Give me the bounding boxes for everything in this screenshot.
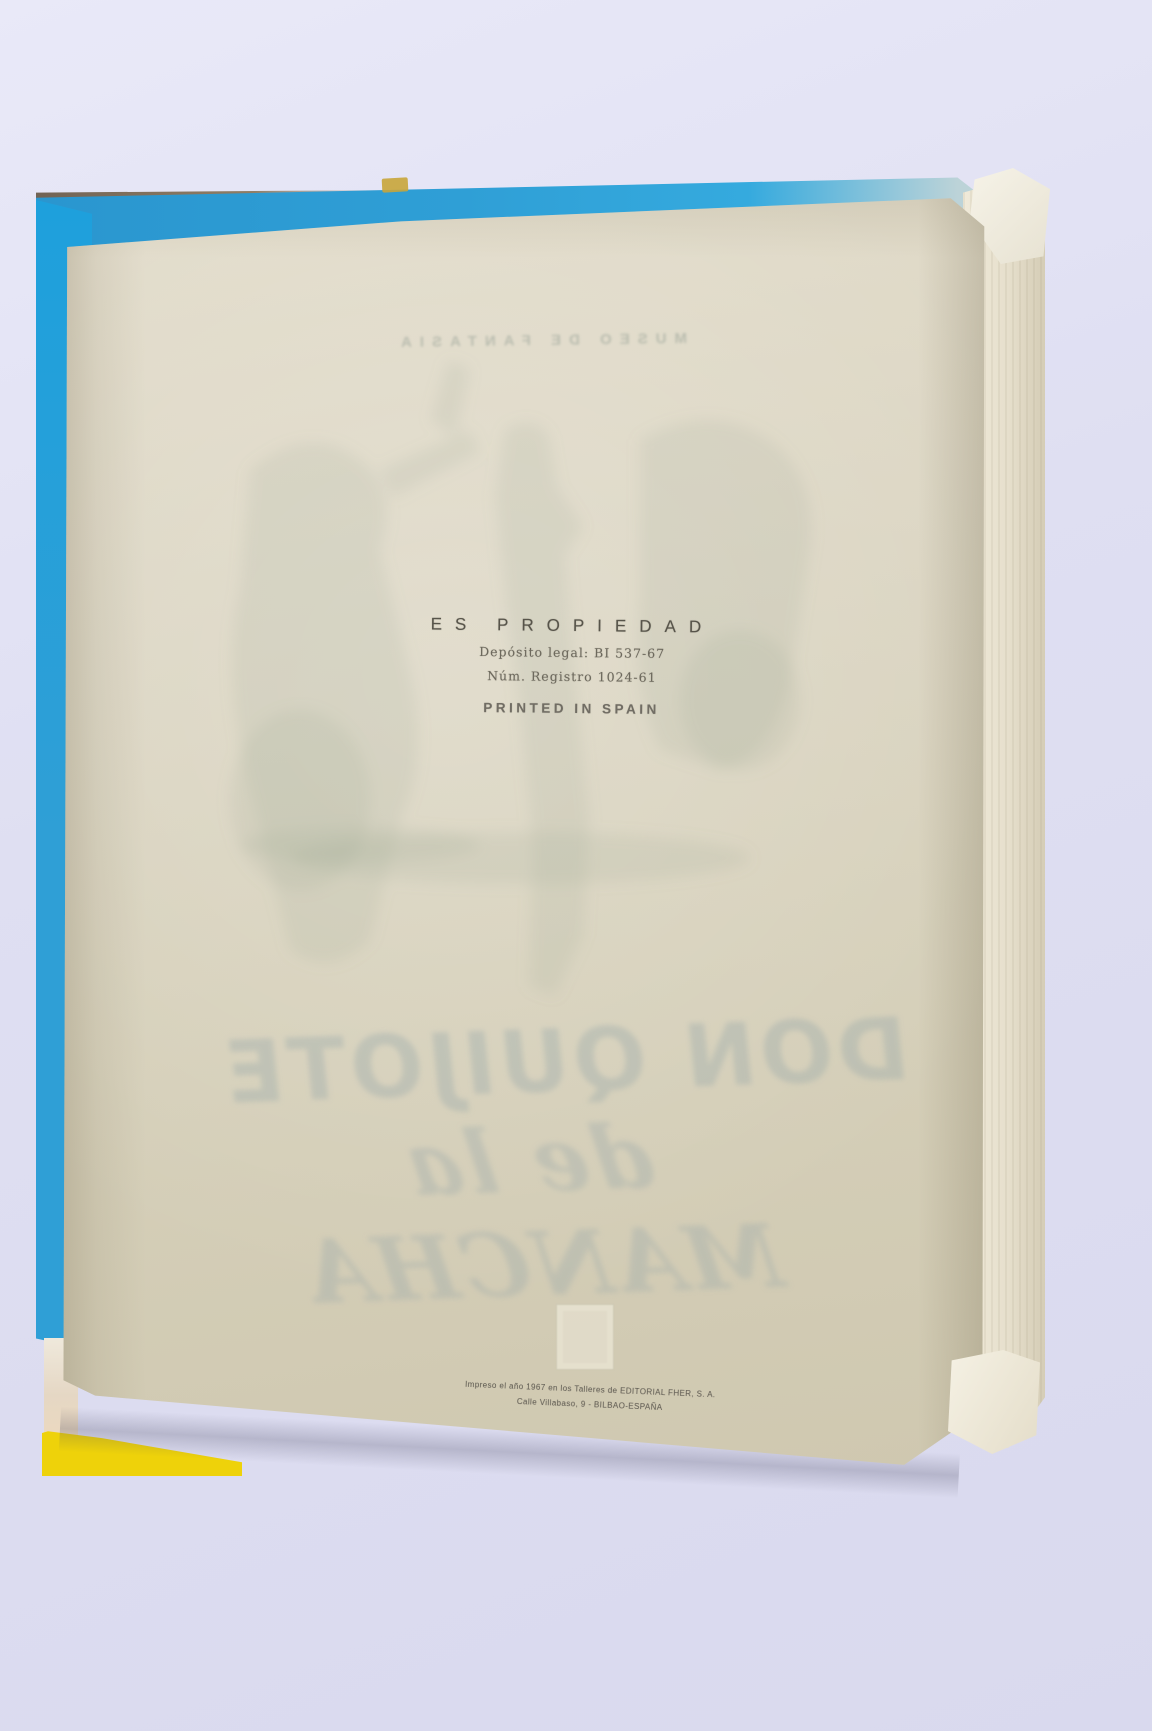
page-fold-shadow — [918, 188, 988, 1470]
binding-gutter-shadow — [56, 188, 146, 1470]
ghost-publisher-logo — [556, 1304, 614, 1370]
registro-line: Núm. Registro 1024-61 — [372, 667, 772, 686]
ghost-title-de-la-mancha: de la MANCHA — [176, 1096, 895, 1327]
torn-paper-bottom-right — [948, 1350, 1040, 1454]
photo-of-open-book: MUSEO DE FANTASIA DON QUIJOTE de la MANC… — [0, 0, 1152, 1731]
copyright-block: ES PROPIEDAD Depósito legal: BI 537-67 N… — [371, 614, 772, 718]
deposito-legal-line: Depósito legal: BI 537-67 — [372, 643, 772, 662]
gold-foil-glint — [382, 177, 409, 192]
es-propiedad-line: ES PROPIEDAD — [372, 614, 772, 638]
